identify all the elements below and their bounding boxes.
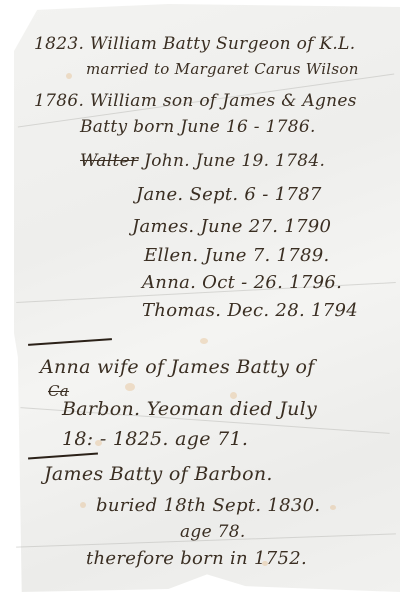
burial-line-4: therefore born in 1752. [86,548,307,569]
death-line-3: 18: - 1825. age 71. [62,428,248,450]
sibling-date: Oct - 26. 1796. [202,272,342,293]
marriage-line-2: married to Margaret Carus Wilson [86,60,359,78]
burial-line-3: age 78. [180,522,246,542]
sibling-date: Dec. 28. 1794 [227,300,358,321]
sibling-name: John. [144,151,190,171]
stain [200,338,208,344]
sibling-name: Ellen. [144,245,198,266]
marriage-line-1: 1823. William Batty Surgeon of K.L. [34,34,355,54]
burial-line-1: James Batty of Barbon. [44,463,273,485]
sibling-row: Jane. Sept. 6 - 1787 [136,184,322,205]
stain [80,502,86,508]
sibling-date: Sept. 6 - 1787 [189,184,321,205]
sibling-date: June 27. 1790 [200,216,331,237]
struck-name: Walter [80,151,138,171]
sibling-date: June 7. 1789. [204,245,329,266]
sibling-name: Anna. [142,272,196,293]
sibling-row: James. June 27. 1790 [132,216,331,237]
death-line-1: Anna wife of James Batty of [40,356,315,378]
sibling-name: Jane. [136,184,183,205]
sibling-date: June 19. 1784. [196,151,325,171]
stain [330,505,336,510]
sibling-name: Thomas. [142,300,221,321]
sibling-row: Thomas. Dec. 28. 1794 [142,300,358,321]
birth-line-2: Batty born June 16 - 1786. [80,117,316,137]
sibling-row: Walter John. June 19. 1784. [80,151,325,171]
birth-line-1: 1786. William son of James & Agnes [34,91,357,111]
stain [125,383,135,391]
burial-line-2: buried 18th Sept. 1830. [96,495,320,516]
sibling-row: Ellen. June 7. 1789. [144,245,330,266]
death-line-2: Barbon. Yeoman died July [62,398,317,420]
sibling-row: Anna. Oct - 26. 1796. [142,272,342,293]
stain [66,73,72,79]
sibling-name: James. [132,216,194,237]
